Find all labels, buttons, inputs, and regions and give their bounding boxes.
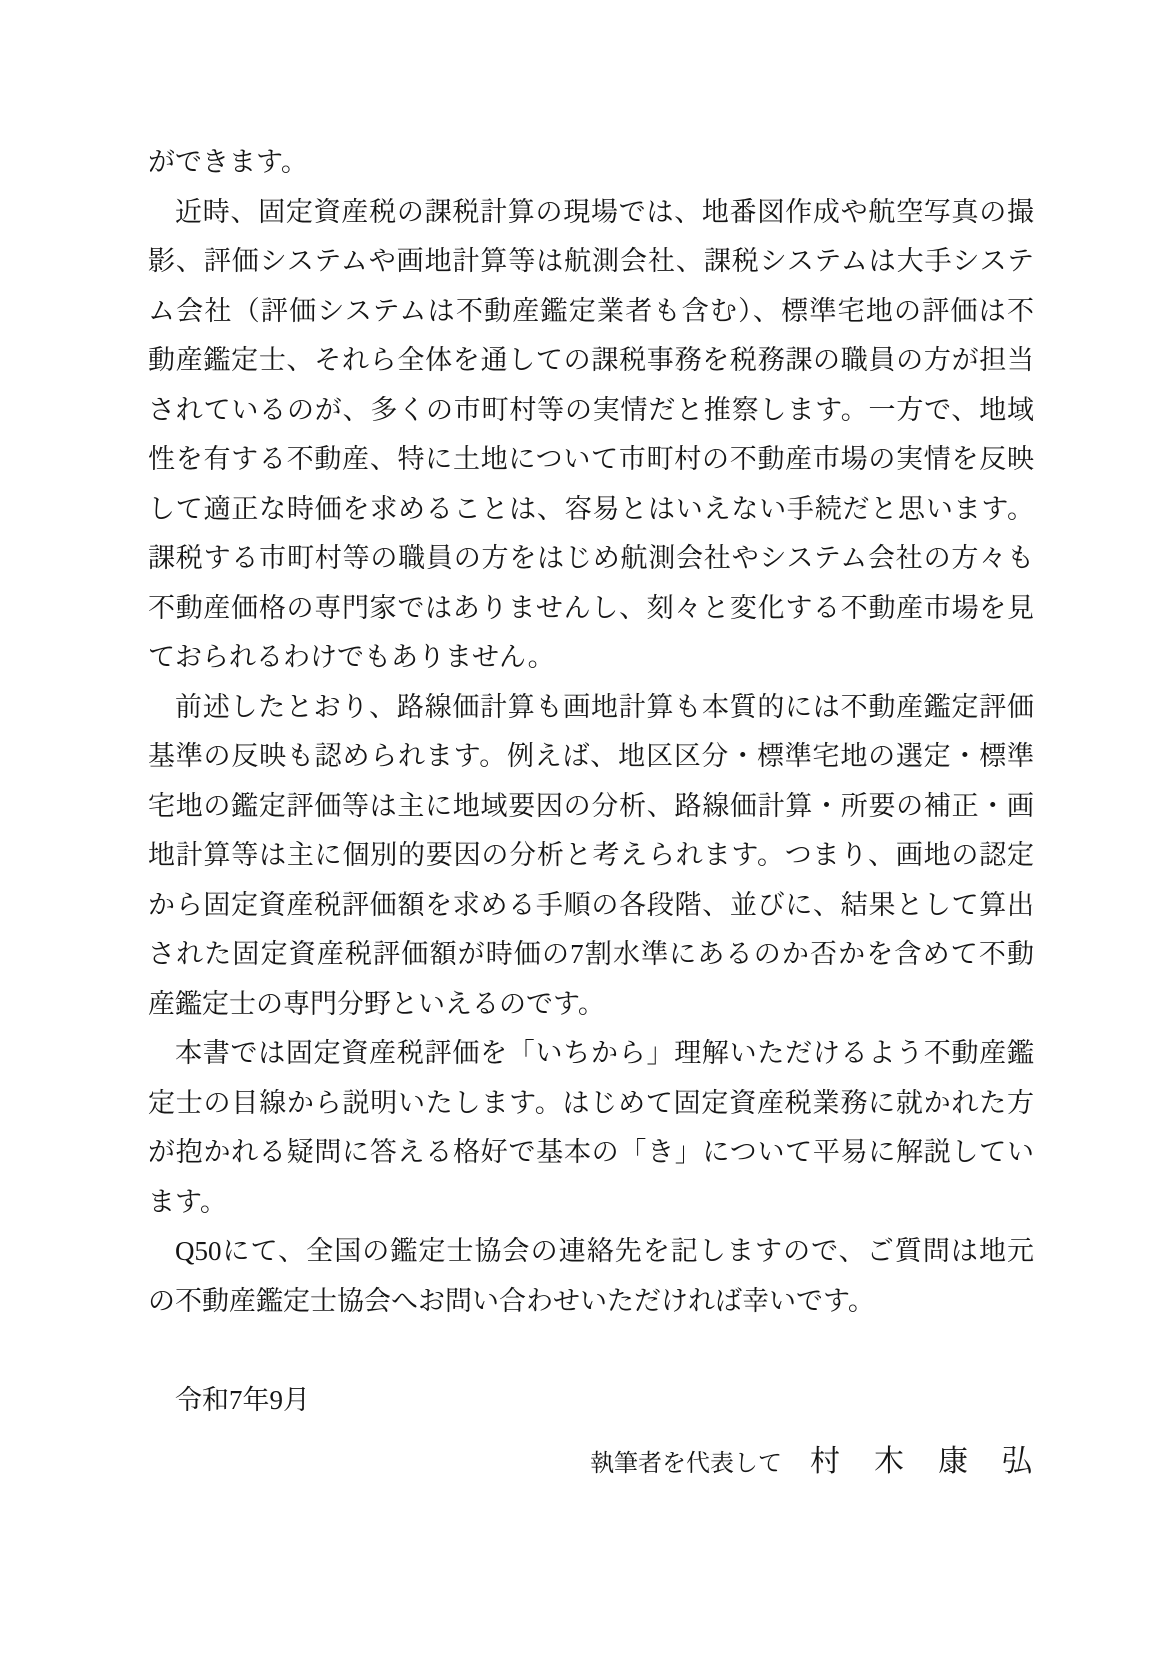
page-body: ができます。近時、固定資産税の課税計算の現場では、地番図作成や航空写真の撮影、評… [148,138,1034,1326]
signature-line: 執筆者を代表して 村 木 康 弘 [148,1437,1034,1490]
text-line: 地計算等は主に個別的要因の分析と考えられます。つまり、画地の認定 [148,831,1034,881]
text-line: 影、評価システムや画地計算等は航測会社、課税システムは大手システ [148,237,1034,287]
text-line: 定士の目線から説明いたします。はじめて固定資産税業務に就かれた方 [148,1079,1034,1129]
text-line: 前述したとおり、路線価計算も画地計算も本質的には不動産鑑定評価 [148,683,1034,733]
paragraph: Q50にて、全国の鑑定士協会の連絡先を記しますので、ご質問は地元の不動産鑑定士協… [148,1227,1034,1326]
paragraph: ができます。 [148,138,1034,188]
text-line: 課税する市町村等の職員の方をはじめ航測会社やシステム会社の方々も [148,534,1034,584]
signature-name: 村 木 康 弘 [810,1437,1034,1487]
date-line: 令和7年9月 [148,1376,1034,1426]
text-line: ます。 [148,1178,1034,1228]
signature-label: 執筆者を代表して [590,1440,782,1490]
text-line: 基準の反映も認められます。例えば、地区区分・標準宅地の選定・標準 [148,732,1034,782]
text-line: ておられるわけでもありません。 [148,633,1034,683]
text-line: された固定資産税評価額が時価の7割水準にあるのか否かを含めて不動 [148,930,1034,980]
text-line: から固定資産税評価額を求める手順の各段階、並びに、結果として算出 [148,881,1034,931]
text-line: Q50にて、全国の鑑定士協会の連絡先を記しますので、ご質問は地元 [148,1227,1034,1277]
text-line: 本書では固定資産税評価を「いちから」理解いただけるよう不動産鑑 [148,1029,1034,1079]
text-line: 動産鑑定士、それら全体を通しての課税事務を税務課の職員の方が担当 [148,336,1034,386]
text-line: 近時、固定資産税の課税計算の現場では、地番図作成や航空写真の撮 [148,188,1034,238]
paragraph: 前述したとおり、路線価計算も画地計算も本質的には不動産鑑定評価基準の反映も認めら… [148,683,1034,1030]
text-line: ム会社（評価システムは不動産鑑定業者も含む）、標準宅地の評価は不 [148,287,1034,337]
document-page: ができます。近時、固定資産税の課税計算の現場では、地番図作成や航空写真の撮影、評… [0,0,1166,1654]
text-line: の不動産鑑定士協会へお問い合わせいただければ幸いです。 [148,1277,1034,1327]
text-line: が抱かれる疑問に答える格好で基本の「き」について平易に解説してい [148,1128,1034,1178]
text-line: 性を有する不動産、特に土地について市町村の不動産市場の実情を反映 [148,435,1034,485]
paragraph: 本書では固定資産税評価を「いちから」理解いただけるよう不動産鑑定士の目線から説明… [148,1029,1034,1227]
text-line: して適正な時価を求めることは、容易とはいえない手続だと思います。 [148,485,1034,535]
text-line: されているのが、多くの市町村等の実情だと推察します。一方で、地域 [148,386,1034,436]
paragraph: 近時、固定資産税の課税計算の現場では、地番図作成や航空写真の撮影、評価システムや… [148,188,1034,683]
text-line: 産鑑定士の専門分野といえるのです。 [148,980,1034,1030]
text-line: 不動産価格の専門家ではありませんし、刻々と変化する不動産市場を見 [148,584,1034,634]
text-line: ができます。 [148,138,1034,188]
text-line: 宅地の鑑定評価等は主に地域要因の分析、路線価計算・所要の補正・画 [148,782,1034,832]
